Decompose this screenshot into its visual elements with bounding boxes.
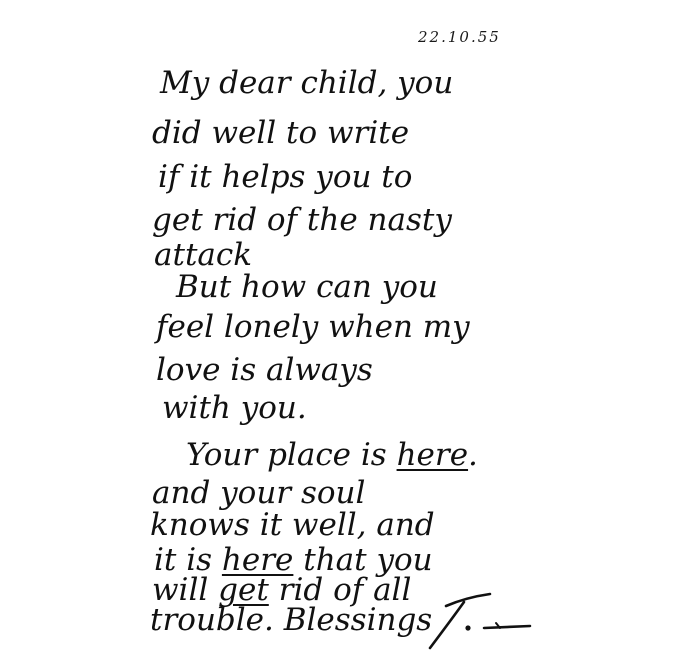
letter-line-6: But how can you: [176, 272, 438, 303]
signature-mark: [420, 592, 540, 652]
letter-line-15: trouble. Blessings: [150, 605, 432, 636]
letter-line-4: get rid of the nasty: [152, 205, 452, 236]
letter-line-1: My dear child, you: [160, 68, 453, 99]
letter-line-5: attack: [154, 240, 252, 271]
letter-line-3: if it helps you to: [158, 162, 412, 193]
letter-line-10: Your place is here.: [186, 440, 478, 471]
letter-line-12: knows it well, and: [150, 510, 435, 541]
letter-line-2: did well to write: [152, 118, 409, 149]
line-text: .: [468, 437, 478, 473]
handwritten-letter: 22.10.55 My dear child, you did well to …: [0, 0, 684, 660]
letter-line-11: and your soul: [152, 478, 365, 509]
line-text: Your place is: [186, 437, 397, 473]
letter-line-8: love is always: [156, 355, 373, 386]
letter-line-7: feel lonely when my: [156, 312, 470, 343]
underlined-word: here: [397, 437, 468, 473]
letter-line-9: with you.: [162, 393, 307, 424]
letter-date: 22.10.55: [418, 28, 501, 46]
